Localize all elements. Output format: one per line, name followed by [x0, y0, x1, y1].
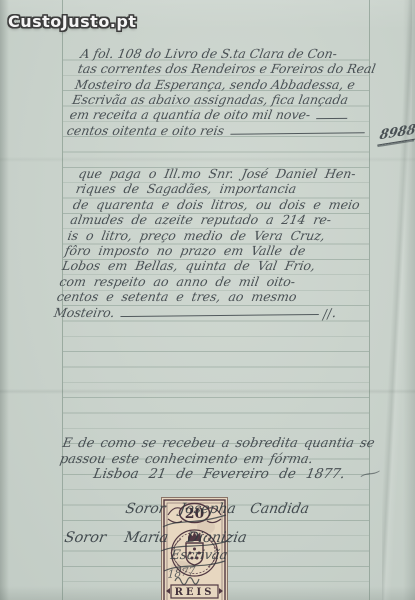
handwritten-line: Mosteiro. //.: [53, 305, 338, 320]
stamp-unit: REIS: [175, 587, 215, 598]
paragraph-payment-details: que paga o Ill.mo Snr. José Daniel Hen- …: [53, 166, 362, 320]
paragraph-ledger-entry: A fol. 108 do Livro de S.ta Clara de Con…: [66, 46, 362, 138]
handwritten-text: em receita a quantia de oito mil nove-: [68, 107, 311, 122]
handwritten-line: A fol. 108 do Livro de S.ta Clara de Con…: [79, 46, 362, 61]
handwritten-text: Mosteiro.: [53, 305, 116, 320]
handwritten-line: E de como se recebeu a sobredita quantia…: [61, 436, 376, 452]
handwritten-line: tas correntes dos Rendeiros e Foreiros d…: [77, 61, 360, 76]
handwritten-line: fôro imposto no prazo em Valle de: [64, 243, 349, 258]
filler-rule: [230, 132, 364, 134]
amount-numeral: 8988: [377, 122, 415, 146]
handwritten-line: de quarenta e dois litros, ou dois e mei…: [72, 197, 357, 212]
custojusto-watermark: CustoJusto.pt: [8, 12, 136, 31]
date-line: Lisboa 21 de Fevereiro de 1877. ~: [92, 466, 378, 482]
document-photo: A fol. 108 do Livro de S.ta Clara de Con…: [0, 0, 415, 600]
right-margin-line: [369, 0, 370, 600]
handwritten-line: centos e setenta e tres, ao mesmo: [56, 289, 341, 304]
handwritten-line: is o litro, preço medio de Vera Cruz,: [66, 228, 351, 243]
signature-abbess: Soror Josepha Candida: [124, 501, 310, 517]
handwritten-line: em receita a quantia de oito mil nove-: [68, 107, 351, 122]
filler-rule: [121, 314, 319, 317]
handwritten-line: Mosteiro da Esperança, sendo Abbadessa, …: [74, 77, 357, 92]
handwritten-line: com respeito ao anno de mil oito-: [58, 274, 343, 289]
paragraph-receipt-closing: E de como se recebeu a sobredita quantia…: [58, 436, 375, 468]
paper-crease: [382, 0, 412, 600]
paragraph-end-mark: //.: [323, 305, 337, 323]
handwritten-line: centos oitenta e oito reis: [66, 123, 349, 138]
signature-scribe: Soror Maria Dionizia: [63, 530, 248, 546]
handwritten-line: Lobos em Bellas, quinta de Val Frio,: [61, 258, 346, 273]
handwritten-line: Escrivãa as abaixo assignadas, fica lanç…: [71, 92, 354, 107]
handwritten-line: riques de Sagadães, importancia: [75, 181, 360, 196]
handwritten-text: centos oitenta e oito reis: [66, 123, 226, 138]
signature-scribe-role: Escrivãa: [169, 548, 228, 563]
handwritten-text: Lisboa 21 de Fevereiro de 1877.: [92, 466, 346, 482]
filler-rule: [317, 118, 348, 119]
handwritten-line: almudes de azeite reputado a 214 re-: [69, 212, 354, 227]
handwritten-line: que paga o Ill.mo Snr. José Daniel Hen-: [77, 166, 362, 181]
flourish: ~: [358, 463, 384, 485]
